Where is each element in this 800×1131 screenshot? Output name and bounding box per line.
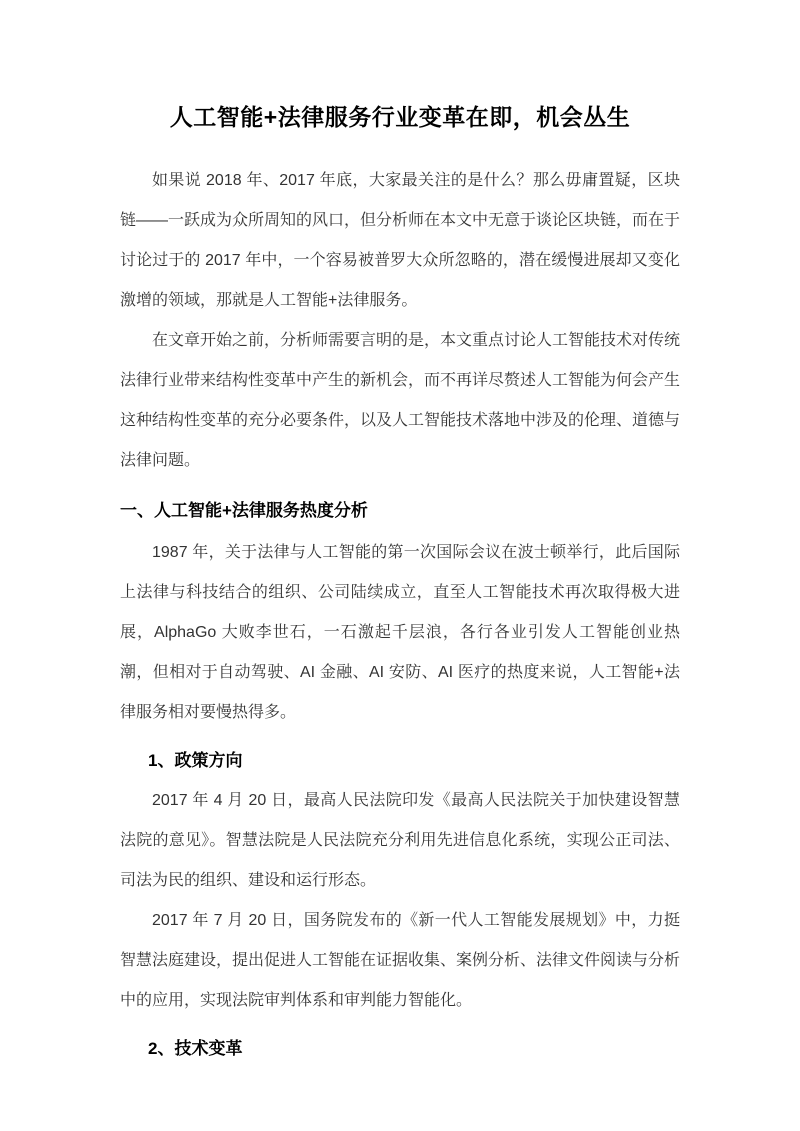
section-heading-1: 一、人工智能+法律服务热度分析	[120, 491, 680, 531]
subsection-heading-technology: 2、技术变革	[120, 1029, 680, 1069]
paragraph-history: 1987 年，关于法律与人工智能的第一次国际会议在波士顿举行，此后国际上法律与科…	[120, 533, 680, 733]
document-page: 人工智能+法律服务行业变革在即，机会丛生 如果说 2018 年、2017 年底，…	[0, 0, 800, 1131]
document-title: 人工智能+法律服务行业变革在即，机会丛生	[120, 96, 680, 138]
paragraph-intro-2: 在文章开始之前，分析师需要言明的是，本文重点讨论人工智能技术对传统法律行业带来结…	[120, 321, 680, 481]
paragraph-intro-1: 如果说 2018 年、2017 年底，大家最关注的是什么？那么毋庸置疑，区块链—…	[120, 161, 680, 321]
paragraph-policy-1: 2017 年 4 月 20 日，最高人民法院印发《最高人民法院关于加快建设智慧法…	[120, 781, 680, 901]
subsection-heading-policy: 1、政策方向	[120, 741, 680, 781]
paragraph-policy-2: 2017 年 7 月 20 日，国务院发布的《新一代人工智能发展规划》中，力挺智…	[120, 901, 680, 1021]
